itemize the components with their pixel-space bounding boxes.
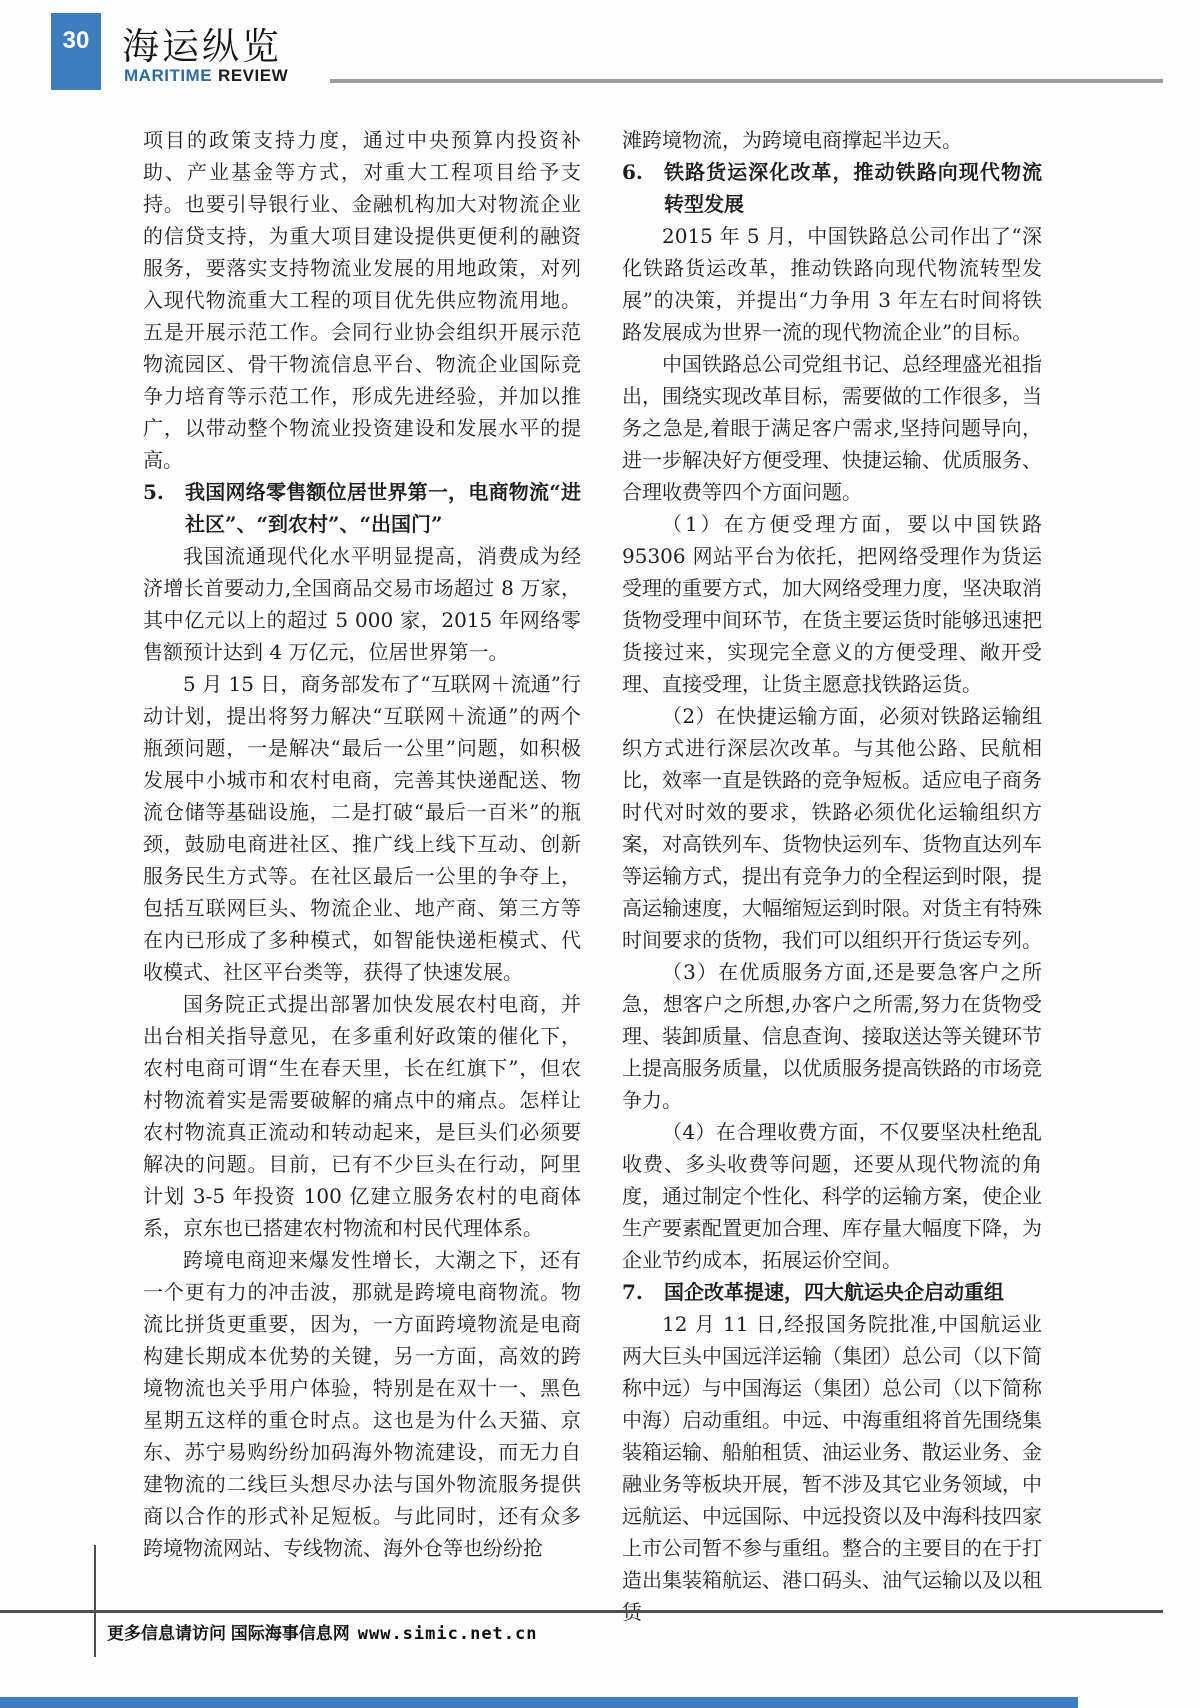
paragraph: （4）在合理收费方面，不仅要坚决杜绝乱收费、多头收费等问题，还要从现代物流的角度… bbox=[622, 1116, 1042, 1276]
paragraph: 中国铁路总公司党组书记、总经理盛光祖指出，围绕实现改革目标，需要做的工作很多，当… bbox=[622, 348, 1042, 508]
footer-site-url: www.simic.net.cn bbox=[358, 1624, 538, 1644]
footer-vertical-line bbox=[94, 1545, 96, 1657]
left-column: 项目的政策支持力度，通过中央预算内投资补助、产业基金等方式，对重大工程项目给予支… bbox=[143, 124, 581, 1564]
bottom-accent-bar bbox=[0, 1697, 1078, 1708]
paragraph: 12 月 11 日,经报国务院批准,中国航运业两大巨头中国远洋运输（集团）总公司… bbox=[622, 1308, 1042, 1628]
section-heading-6: 6. 铁路货运深化改革，推动铁路向现代物流转型发展 bbox=[622, 156, 1042, 220]
section-heading-5: 5. 我国网络零售额位居世界第一，电商物流“进社区”、“到农村”、“出国门” bbox=[143, 476, 581, 540]
paragraph: 跨境电商迎来爆发性增长，大潮之下，还有一个更有力的冲击波，那就是跨境电商物流。物… bbox=[143, 1244, 581, 1564]
section-heading-7: 7. 国企改革提速，四大航运央企启动重组 bbox=[622, 1276, 1042, 1308]
maritime-label: MARITIME bbox=[124, 66, 212, 85]
paragraph: 滩跨境物流，为跨境电商撑起半边天。 bbox=[622, 124, 1042, 156]
review-label: REVIEW bbox=[218, 66, 288, 85]
paragraph: 我国流通现代化水平明显提高，消费成为经济增长首要动力,全国商品交易市场超过 8 … bbox=[143, 540, 581, 668]
paragraph: 2015 年 5 月，中国铁路总公司作出了“深化铁路货运改革，推动铁路向现代物流… bbox=[622, 220, 1042, 348]
footer-rule bbox=[0, 1610, 1163, 1613]
heading-text: 国企改革提速，四大航运央企启动重组 bbox=[664, 1276, 1042, 1308]
heading-number: 6. bbox=[622, 156, 664, 220]
paragraph: （3）在优质服务方面,还是要急客户之所急，想客户之所想,办客户之所需,努力在货物… bbox=[622, 956, 1042, 1116]
page-subtitle: MARITIMEREVIEW bbox=[124, 66, 288, 86]
heading-number: 5. bbox=[143, 476, 185, 540]
paragraph: （2）在快捷运输方面，必须对铁路运输组织方式进行深层次改革。与其他公路、民航相比… bbox=[622, 700, 1042, 956]
header-rule bbox=[330, 79, 1163, 83]
heading-number: 7. bbox=[622, 1276, 664, 1308]
paragraph: 国务院正式提出部署加快发展农村电商，并出台相关指导意见，在多重利好政策的催化下，… bbox=[143, 988, 581, 1244]
paragraph: 5 月 15 日，商务部发布了“互联网＋流通”行动计划，提出将努力解决“互联网＋… bbox=[143, 668, 581, 988]
magazine-page: 30 海运纵览 MARITIMEREVIEW 项目的政策支持力度，通过中央预算内… bbox=[0, 0, 1200, 1708]
right-column: 滩跨境物流，为跨境电商撑起半边天。 6. 铁路货运深化改革，推动铁路向现代物流转… bbox=[622, 124, 1042, 1628]
paragraph: 项目的政策支持力度，通过中央预算内投资补助、产业基金等方式，对重大工程项目给予支… bbox=[143, 124, 581, 476]
page-title: 海运纵览 bbox=[122, 16, 282, 70]
heading-text: 我国网络零售额位居世界第一，电商物流“进社区”、“到农村”、“出国门” bbox=[185, 476, 581, 540]
page-number-badge: 30 bbox=[51, 13, 101, 90]
footer-site-label: 更多信息请访问 国际海事信息网 bbox=[107, 1624, 350, 1643]
heading-text: 铁路货运深化改革，推动铁路向现代物流转型发展 bbox=[664, 156, 1042, 220]
paragraph: （1）在方便受理方面，要以中国铁路 95306 网站平台为依托，把网络受理作为货… bbox=[622, 508, 1042, 700]
footer-text: 更多信息请访问 国际海事信息网www.simic.net.cn bbox=[107, 1619, 538, 1644]
